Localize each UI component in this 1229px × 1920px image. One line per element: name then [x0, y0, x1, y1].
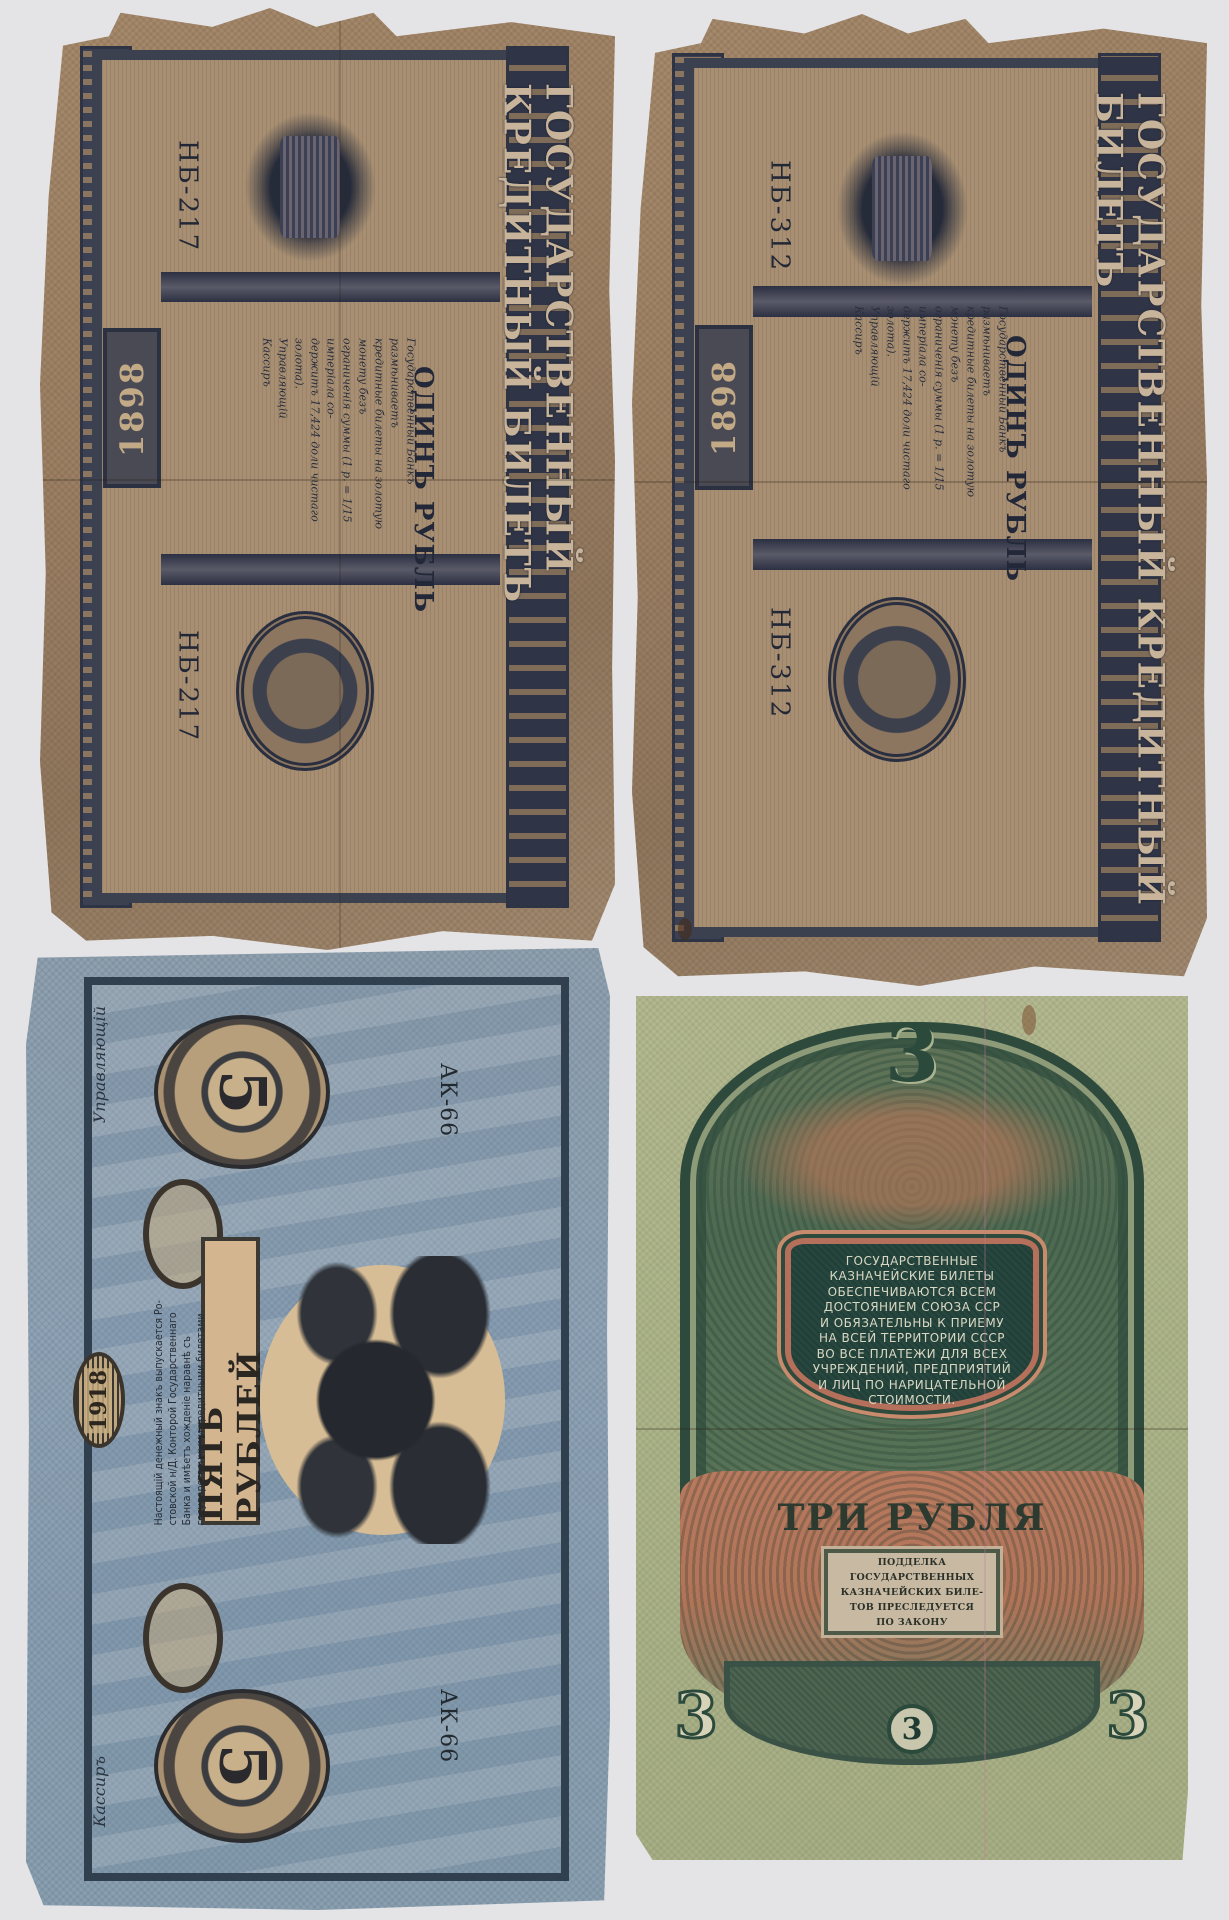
scroll-ornament: [143, 1583, 223, 1693]
year-cartouche: 1898: [695, 325, 753, 490]
year-cartouche: 1898: [103, 328, 161, 488]
year-oval: 1918: [73, 1352, 126, 1448]
fold-line: [40, 479, 615, 481]
banknote-three-rubles: 3 ГОСУДАРСТВЕННЫЕ КАЗНАЧЕЙСКИЕ БИЛЕТЫ ОБ…: [636, 996, 1188, 1860]
numeral-rosette-bottom: 5: [154, 1689, 329, 1843]
double-headed-eagle-emblem: [828, 121, 978, 296]
corner-numeral-left: 3: [675, 1679, 718, 1752]
year-label: 1898: [705, 359, 743, 456]
column-top: [161, 272, 500, 302]
note-title: ГОСУДАРСТВЕННЫЙ КРЕДИТНЫЙ БИЛЕТЪ: [1101, 92, 1159, 909]
stain: [678, 918, 692, 940]
fold-line: [636, 1428, 1188, 1430]
counterfeit-warning-box: ПОДДЕЛКА ГОСУДАРСТВЕННЫХ КАЗНАЧЕЙСКИХ БИ…: [824, 1549, 1001, 1635]
serial-number-bottom: АК-66: [435, 1689, 460, 1763]
serial-number-bottom: НБ-312: [764, 607, 794, 719]
banknote-one-ruble-nb312: ГОСУДАРСТВЕННЫЙ КРЕДИТНЫЙ БИЛЕТЪ 1898 НБ…: [632, 14, 1207, 986]
fold-line: [339, 8, 341, 950]
double-headed-eagle-emblem: [260, 1256, 517, 1545]
fold-line: [984, 996, 986, 1860]
medallion-emblem: [828, 597, 966, 762]
arch-floral-ornament: [735, 1082, 1088, 1238]
banknote-five-rubles-ak66: Управляющій Кассиръ 5 5 ПЯТЬ РУБЛЕЙ Наст…: [26, 948, 610, 1910]
signature-top: Управляющій: [90, 1006, 109, 1123]
column-bottom: [753, 539, 1092, 570]
issuance-text: Настоящій денежный знакъ выпускается Ро-…: [152, 1256, 208, 1525]
denomination-label: ТРИ РУБЛЯ: [636, 1497, 1188, 1539]
top-numeral: 3: [636, 1009, 1188, 1100]
signature-bottom: Кассиръ: [90, 1756, 109, 1827]
numeral-rosette-top: 5: [154, 1015, 329, 1169]
medallion-emblem: [236, 611, 374, 771]
corner-numeral-right: 3: [1106, 1679, 1149, 1752]
serial-number-bottom: НБ-217: [172, 630, 202, 742]
denomination-cartouche: ПЯТЬ РУБЛЕЙ: [201, 1237, 259, 1526]
fold-line: [632, 481, 1207, 483]
serial-number-top: НБ-312: [764, 160, 794, 272]
double-headed-eagle-emblem: [236, 102, 386, 272]
guarantee-shield: ГОСУДАРСТВЕННЫЕ КАЗНАЧЕЙСКИЕ БИЛЕТЫ ОБЕС…: [785, 1238, 1039, 1411]
year-label: 1898: [113, 360, 151, 457]
serial-number-top: АК-66: [435, 1063, 460, 1137]
exchange-text: Государственный Банкъ размѣниваетъ креди…: [851, 306, 1011, 539]
banknote-one-ruble-nb217: ГОСУДАРСТВЕННЫЙ КРЕДИТНЫЙ БИЛЕТЪ 1898 НБ…: [40, 8, 615, 950]
serial-number-top: НБ-217: [172, 140, 202, 252]
